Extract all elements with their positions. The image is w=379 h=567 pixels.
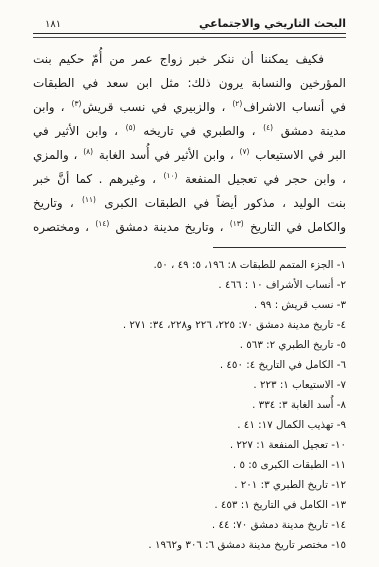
footnote-item: ١٣- الكامل في التاريخ ١: ٤٥٣ .: [33, 495, 346, 515]
book-page: البحث التاريخي والاجتماعي ١٨١ فكيف يمكنن…: [0, 0, 379, 567]
footnote-ref: (٢): [231, 99, 243, 108]
footnote-item: ٣- نسب قريش : ٩٩ .: [33, 295, 346, 315]
footnote-item: ١٠- تعجيل المنفعة ١: ٢٢٧ .: [33, 435, 346, 455]
footnote-item: ١- الجزء المتمم للطبقات ٨: ١٩٦، ٥: ٤٩ ، …: [33, 255, 346, 275]
body-line: المؤرخين والنسابة يرون ذلك: مثل ابن سعد …: [33, 71, 346, 95]
footnote-item: ١٤- تاريخ مدينة دمشق ٧٠: ٤٤ .: [33, 515, 346, 535]
header-rule: [33, 33, 346, 38]
body-line: فكيف يمكننا أن ننكر خبر زواج عمر من أُمّ…: [33, 47, 346, 71]
footnote-ref: (١٠): [163, 171, 179, 180]
footnote-ref: (٤): [262, 123, 274, 132]
footnote-item: ٨- أُسد الغابة ٣: ٣٣٤ .: [33, 395, 346, 415]
body-line: مدينة دمشق (٤) ، والطبري في تاريخه (٥) ،…: [33, 119, 346, 143]
footnote-ref: (١٤): [94, 219, 110, 228]
body-line: والكامل في التاريخ (١٣) ، وتاريخ مدينة د…: [33, 215, 346, 239]
page-number: ١٨١: [33, 19, 61, 30]
footnote-item: ١٥- مختصر تاريخ مدينة دمشق ٦: ٣٠٦ و١٩٦٢ …: [33, 535, 346, 555]
footnote-item: ٤- تاريخ مدينة دمشق ٧٠: ٢٢٥، ٢٢٦ و٢٢٨، ٣…: [33, 315, 346, 335]
footnote-ref: (٨): [82, 147, 94, 156]
footnote-item: ٥- تاريخ الطبري ٢: ٥٦٣ .: [33, 335, 346, 355]
body-line: بنت الوليد ، مذكور أيضاً في الطبقات الكب…: [33, 191, 346, 215]
body-line: البر في الاستيعاب (٧) ، وابن الأثير في أ…: [33, 143, 346, 167]
footnote-item: ١٢- تاريخ الطبري ٣: ٢٠١ .: [33, 475, 346, 495]
body-line: ، وابن حجر في تعجيل المنفعة (١٠) ، وغيره…: [33, 167, 346, 191]
page-header: البحث التاريخي والاجتماعي ١٨١: [33, 12, 346, 30]
body-paragraph: فكيف يمكننا أن ننكر خبر زواج عمر من أُمّ…: [33, 47, 346, 239]
body-line: في أنساب الاشراف(٢) ، والزبيري في نسب قر…: [33, 95, 346, 119]
running-title: البحث التاريخي والاجتماعي: [199, 17, 346, 30]
footnote-ref: (٣): [71, 99, 83, 108]
footnote-ref: (٥): [125, 123, 137, 132]
footnote-ref: (٧): [239, 147, 251, 156]
footnote-ref: (١١): [81, 195, 97, 204]
footnote-ref: (١٣): [229, 219, 245, 228]
footnote-separator: [213, 247, 346, 248]
footnote-item: ٧- الاستيعاب ١: ٢٢٣ .: [33, 375, 346, 395]
footnotes-list: ١- الجزء المتمم للطبقات ٨: ١٩٦، ٥: ٤٩ ، …: [33, 255, 346, 555]
footnote-item: ١١- الطبقات الكبرى ٥: ٥ .: [33, 455, 346, 475]
footnote-item: ٢- أنساب الأشراف ١٠ : ٤٦٦ .: [33, 275, 346, 295]
footnote-item: ٩- تهذيب الكمال ١٧: ٤١ .: [33, 415, 346, 435]
footnote-item: ٦- الكامل في التاريخ ٤: ٤٥٠ .: [33, 355, 346, 375]
